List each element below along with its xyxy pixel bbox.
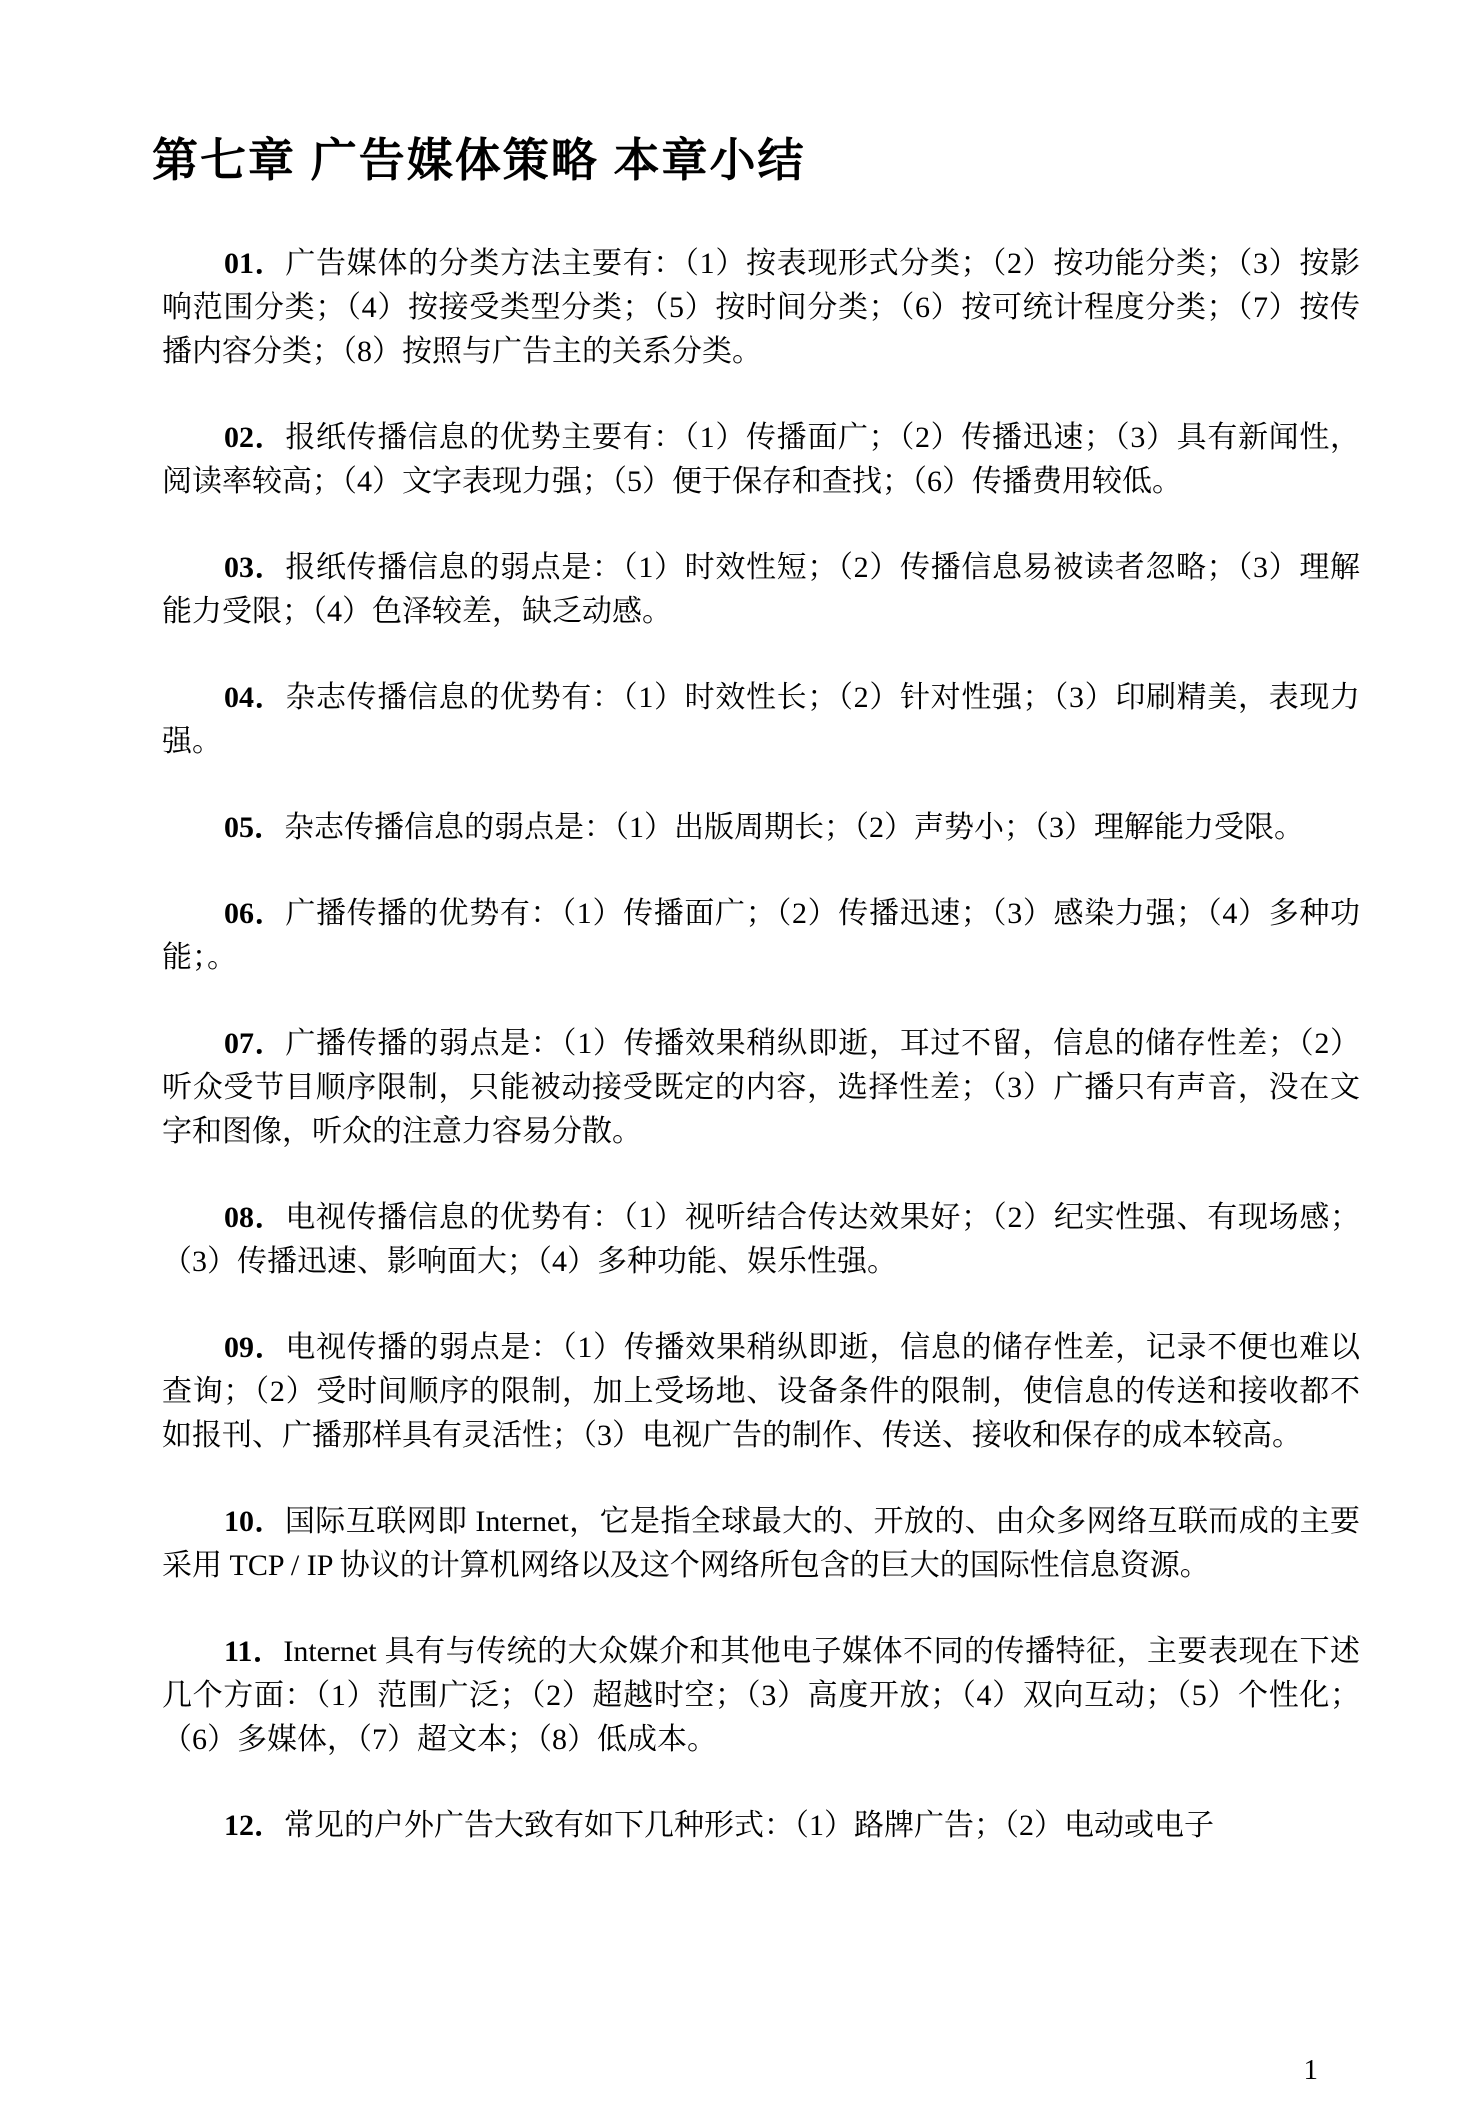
paragraph-08-text: 电视传播信息的优势有：（1）视听结合传达效果好；（2）纪实性强、有现场感；（3）… bbox=[162, 1201, 1360, 1278]
paragraph-10: 10．国际互联网即 Internet，它是指全球最大的、开放的、由众多网络互联而… bbox=[162, 1500, 1360, 1588]
paragraph-03: 03．报纸传播信息的弱点是：（1）时效性短；（2）传播信息易被读者忽略；（3）理… bbox=[162, 546, 1360, 634]
paragraph-03-number: 03． bbox=[224, 551, 285, 584]
paragraph-04: 04．杂志传播信息的优势有：（1）时效性长；（2）针对性强；（3）印刷精美，表现… bbox=[162, 676, 1360, 764]
chapter-title: 第七章 广告媒体策略 本章小结 bbox=[152, 130, 1360, 190]
paragraph-05-number: 05． bbox=[224, 811, 284, 844]
paragraph-10-number: 10． bbox=[224, 1505, 285, 1538]
paragraph-07-text: 广播传播的弱点是：（1）传播效果稍纵即逝，耳过不留，信息的储存性差；（2）听众受… bbox=[162, 1027, 1360, 1148]
paragraph-02: 02．报纸传播信息的优势主要有：（1）传播面广；（2）传播迅速；（3）具有新闻性… bbox=[162, 416, 1360, 504]
paragraph-02-number: 02． bbox=[224, 421, 285, 454]
paragraph-06-number: 06． bbox=[224, 897, 285, 930]
paragraph-05: 05．杂志传播信息的弱点是：（1）出版周期长；（2）声势小；（3）理解能力受限。 bbox=[162, 806, 1360, 850]
paragraph-01: 01．广告媒体的分类方法主要有：（1）按表现形式分类；（2）按功能分类；（3）按… bbox=[162, 242, 1360, 374]
paragraph-04-number: 04． bbox=[224, 681, 285, 714]
paragraph-11-number: 11． bbox=[224, 1635, 283, 1668]
paragraph-06-text: 广播传播的优势有：（1）传播面广；（2）传播迅速；（3）感染力强；（4）多种功能… bbox=[162, 897, 1360, 974]
paragraph-03-text: 报纸传播信息的弱点是：（1）时效性短；（2）传播信息易被读者忽略；（3）理解能力… bbox=[162, 551, 1360, 628]
paragraph-05-text: 杂志传播信息的弱点是：（1）出版周期长；（2）声势小；（3）理解能力受限。 bbox=[284, 811, 1304, 844]
paragraph-09-text: 电视传播的弱点是：（1）传播效果稍纵即逝，信息的储存性差，记录不便也难以查询；（… bbox=[162, 1331, 1360, 1452]
paragraph-10-text: 国际互联网即 Internet，它是指全球最大的、开放的、由众多网络互联而成的主… bbox=[162, 1505, 1360, 1582]
paragraph-07-number: 07． bbox=[224, 1027, 285, 1060]
paragraph-09-number: 09． bbox=[224, 1331, 285, 1364]
paragraph-04-text: 杂志传播信息的优势有：（1）时效性长；（2）针对性强；（3）印刷精美，表现力强。 bbox=[162, 681, 1360, 758]
paragraph-01-text: 广告媒体的分类方法主要有：（1）按表现形式分类；（2）按功能分类；（3）按影响范… bbox=[162, 247, 1360, 368]
paragraph-01-number: 01． bbox=[224, 247, 285, 280]
paragraph-09: 09．电视传播的弱点是：（1）传播效果稍纵即逝，信息的储存性差，记录不便也难以查… bbox=[162, 1326, 1360, 1458]
paragraph-08-number: 08． bbox=[224, 1201, 285, 1234]
paragraph-12: 12．常见的户外广告大致有如下几种形式：（1）路牌广告；（2）电动或电子 bbox=[162, 1804, 1360, 1848]
paragraph-08: 08．电视传播信息的优势有：（1）视听结合传达效果好；（2）纪实性强、有现场感；… bbox=[162, 1196, 1360, 1284]
page-number: 1 bbox=[1304, 2050, 1319, 2090]
paragraph-12-number: 12． bbox=[224, 1809, 284, 1842]
paragraph-12-text: 常见的户外广告大致有如下几种形式：（1）路牌广告；（2）电动或电子 bbox=[284, 1809, 1214, 1842]
paragraph-02-text: 报纸传播信息的优势主要有：（1）传播面广；（2）传播迅速；（3）具有新闻性，阅读… bbox=[162, 421, 1360, 498]
paragraph-11: 11．Internet 具有与传统的大众媒介和其他电子媒体不同的传播特征，主要表… bbox=[162, 1630, 1360, 1762]
paragraph-11-text: Internet 具有与传统的大众媒介和其他电子媒体不同的传播特征，主要表现在下… bbox=[162, 1635, 1360, 1756]
paragraph-07: 07．广播传播的弱点是：（1）传播效果稍纵即逝，耳过不留，信息的储存性差；（2）… bbox=[162, 1022, 1360, 1154]
paragraph-06: 06．广播传播的优势有：（1）传播面广；（2）传播迅速；（3）感染力强；（4）多… bbox=[162, 892, 1360, 980]
document-page: 第七章 广告媒体策略 本章小结 01．广告媒体的分类方法主要有：（1）按表现形式… bbox=[0, 0, 1476, 2106]
